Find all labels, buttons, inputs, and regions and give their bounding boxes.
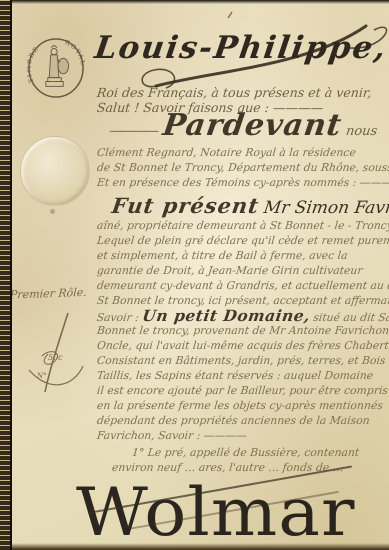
body-line: demeurant cy-devant à Grandris, et actue… <box>96 279 389 292</box>
body-line: Consistant en Bâtiments, jardin, prés, t… <box>96 354 389 367</box>
margin-note-premier-role: Premier Rôle. <box>10 285 97 301</box>
body-line: Taillis, les Sapins étant réservés : auq… <box>96 369 389 382</box>
body-line: et simplement, à titre de Bail à ferme, … <box>96 249 389 262</box>
body-line: garantie de Droit, à Jean-Marie Girin cu… <box>96 264 389 277</box>
minerva-figure-icon <box>46 46 69 87</box>
body-line: Lequel de plein gré déclare qu'il cède e… <box>96 234 389 247</box>
page-bottom-edge <box>0 543 389 550</box>
savoir-domaine-line: Savoir : Un petit Domaine, situé au dit … <box>96 306 389 325</box>
embossed-dry-seal <box>20 136 90 206</box>
emboss-center-dot <box>50 209 55 214</box>
numero-mark: N° <box>36 372 47 380</box>
notary-paraph: 50c N° <box>16 310 88 398</box>
body-line: Bonnet le troncy, provenant de Mr Antoin… <box>96 324 389 337</box>
ruler-edge <box>0 0 12 550</box>
body-line: il est encore ajouté par le Bailleur, po… <box>96 384 389 397</box>
pardevant-tail: nous <box>345 124 378 139</box>
paraph-strokes-icon: 50c N° <box>16 310 88 398</box>
fut-present-name: Mr Simon Favrichon <box>262 198 389 218</box>
body-line: aîné, propriétaire demeurant à St Bonnet… <box>96 219 389 232</box>
pardevant-word: Pardevant <box>161 108 345 143</box>
savoir-pre: Savoir : <box>96 311 143 324</box>
stamp-seal-icon: TIMBRE ROYAL <box>27 37 85 99</box>
stamp-duty-amount: 50c <box>48 353 63 362</box>
fut-present-line: Fut présent Mr Simon Favrichon <box>110 193 389 218</box>
body-line: Oncle, qui l'avait lui-même acquis des f… <box>96 339 389 352</box>
body-line: dépendant des propriétés anciennes de la… <box>96 414 389 427</box>
body-line: en la présente ferme les objets cy-après… <box>96 399 389 412</box>
ink-dash: ———— <box>108 123 158 139</box>
domaine-words: Un petit Domaine, <box>141 306 311 325</box>
pardevant-line: ———— Pardevant nous <box>108 108 381 143</box>
royal-title: Louis-Philippe, <box>92 30 389 66</box>
document-page: TIMBRE ROYAL Lo <box>0 0 389 550</box>
page-top-edge <box>0 0 389 4</box>
header-line-roi: Roi des Français, à tous présens et à ve… <box>96 86 389 99</box>
body-line: Favrichon, Savoir : ———— <box>96 429 389 442</box>
body-line: Et en présence des Témoins cy-après nomm… <box>96 176 389 189</box>
body-line: de St Bonnet le Troncy, Département du R… <box>96 161 389 174</box>
body-line: Clément Regnard, Notaire Royal à la rési… <box>96 146 389 159</box>
timbre-royal-stamp: TIMBRE ROYAL <box>27 37 85 99</box>
fut-present-words: Fut présent <box>110 193 261 218</box>
savoir-post: situé au dit Saint <box>309 311 389 324</box>
clause-1-line: 1° Le pré, appellé de Bussière, contenan… <box>131 446 389 459</box>
